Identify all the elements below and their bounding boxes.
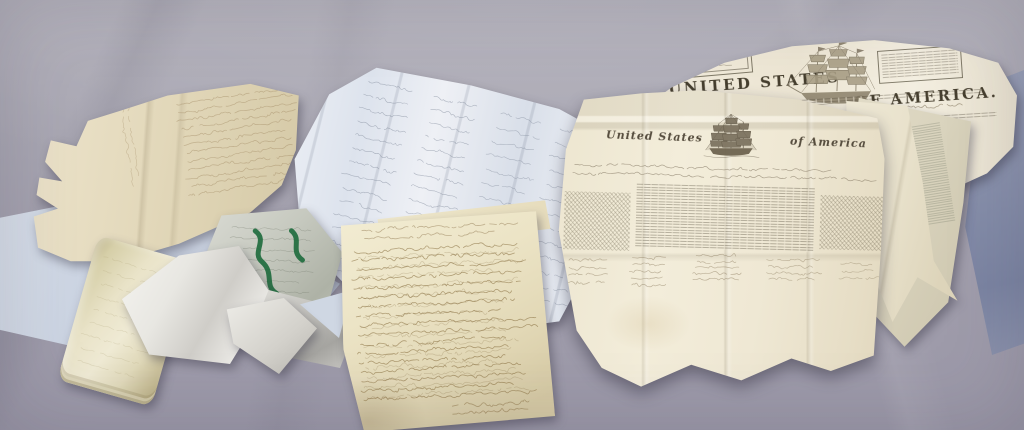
handwritten-letter — [342, 216, 550, 428]
crew-list-right-column — [819, 195, 886, 251]
letter-body-overlay — [354, 244, 532, 403]
crew-list-document: United States of America — [548, 84, 906, 396]
signature-cluster-1 — [562, 256, 610, 286]
signature-cluster-2 — [626, 254, 666, 288]
crew-list-header-right: of America — [790, 135, 867, 151]
letter-closing-signature — [444, 398, 530, 418]
crew-list-stain — [588, 284, 708, 364]
signature-cluster-5 — [836, 260, 880, 282]
letter-paper — [337, 211, 556, 430]
ship-vignette — [698, 108, 764, 162]
photo-canvas: UNITED STATES OF AMERICA. — [0, 0, 1024, 430]
crumpled-paper-point-facet — [222, 298, 317, 374]
signature-cluster-4 — [762, 256, 826, 282]
crew-list-center-text — [635, 184, 815, 253]
crew-list-paper: United States of America — [548, 84, 906, 396]
signature-cluster-3 — [690, 252, 742, 282]
crew-list-left-column — [563, 191, 630, 251]
stamp-box-right — [877, 45, 963, 84]
crumpled-paper-point — [222, 298, 317, 374]
stamp-box-right-text — [881, 49, 959, 79]
